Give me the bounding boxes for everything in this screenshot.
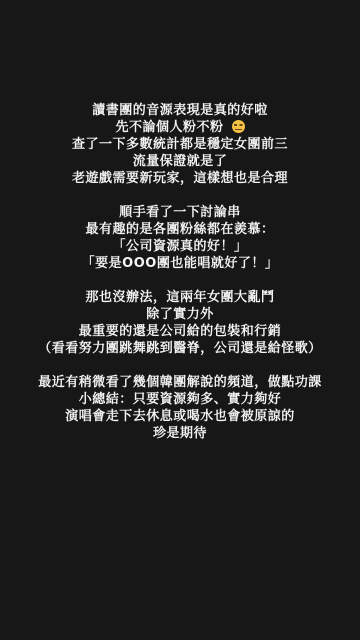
text-line: 「要是OOO團也能唱就好了！」 [0,255,360,272]
text-line: 演唱會走下去休息或喝水也會被原諒的 [0,408,360,425]
text-line: 老遊戲需要新玩家，這樣想也是合理 [0,170,360,187]
text-line: 查了一下多數統計都是穩定女團前三 [0,136,360,153]
paragraph: 最近有稍微看了幾個韓團解說的頻道，做點功課小總結：只要資源夠多、實力夠好演唱會走… [0,374,360,442]
post-text: 讀書團的音源表現是真的好啦先不論個人粉不粉 查了一下多數統計都是穩定女團前三流量… [0,102,360,442]
text-line: （看看努力團跳舞跳到醫脊，公司還是給怪歌） [0,340,360,357]
text-line: 小總結：只要資源夠多、實力夠好 [0,391,360,408]
text-line: 最重要的還是公司給的包裝和行銷 [0,323,360,340]
text-line: 最近有稍微看了幾個韓團解說的頻道，做點功課 [0,374,360,391]
paragraph: 讀書團的音源表現是真的好啦先不論個人粉不粉 查了一下多數統計都是穩定女團前三流量… [0,102,360,187]
paragraph: 那也沒辦法，這兩年女團大亂鬥除了實力外最重要的還是公司給的包裝和行銷（看看努力團… [0,289,360,357]
text-line: 除了實力外 [0,306,360,323]
text-line: 那也沒辦法，這兩年女團大亂鬥 [0,289,360,306]
text-line: 順手看了一下討論串 [0,204,360,221]
text-line: 珍是期待 [0,425,360,442]
expressionless-face-emoji [232,120,245,133]
text-line: 最有趣的是各團粉絲都在羨慕： [0,221,360,238]
text-line: 先不論個人粉不粉 [0,119,360,136]
text-line: 流量保證就是了 [0,153,360,170]
text-line-text: 先不論個人粉不粉 [115,120,228,135]
story-canvas: 讀書團的音源表現是真的好啦先不論個人粉不粉 查了一下多數統計都是穩定女團前三流量… [0,0,360,640]
paragraph: 順手看了一下討論串最有趣的是各團粉絲都在羨慕：「公司資源真的好！」「要是OOO團… [0,204,360,272]
text-line: 讀書團的音源表現是真的好啦 [0,102,360,119]
text-line: 「公司資源真的好！」 [0,238,360,255]
